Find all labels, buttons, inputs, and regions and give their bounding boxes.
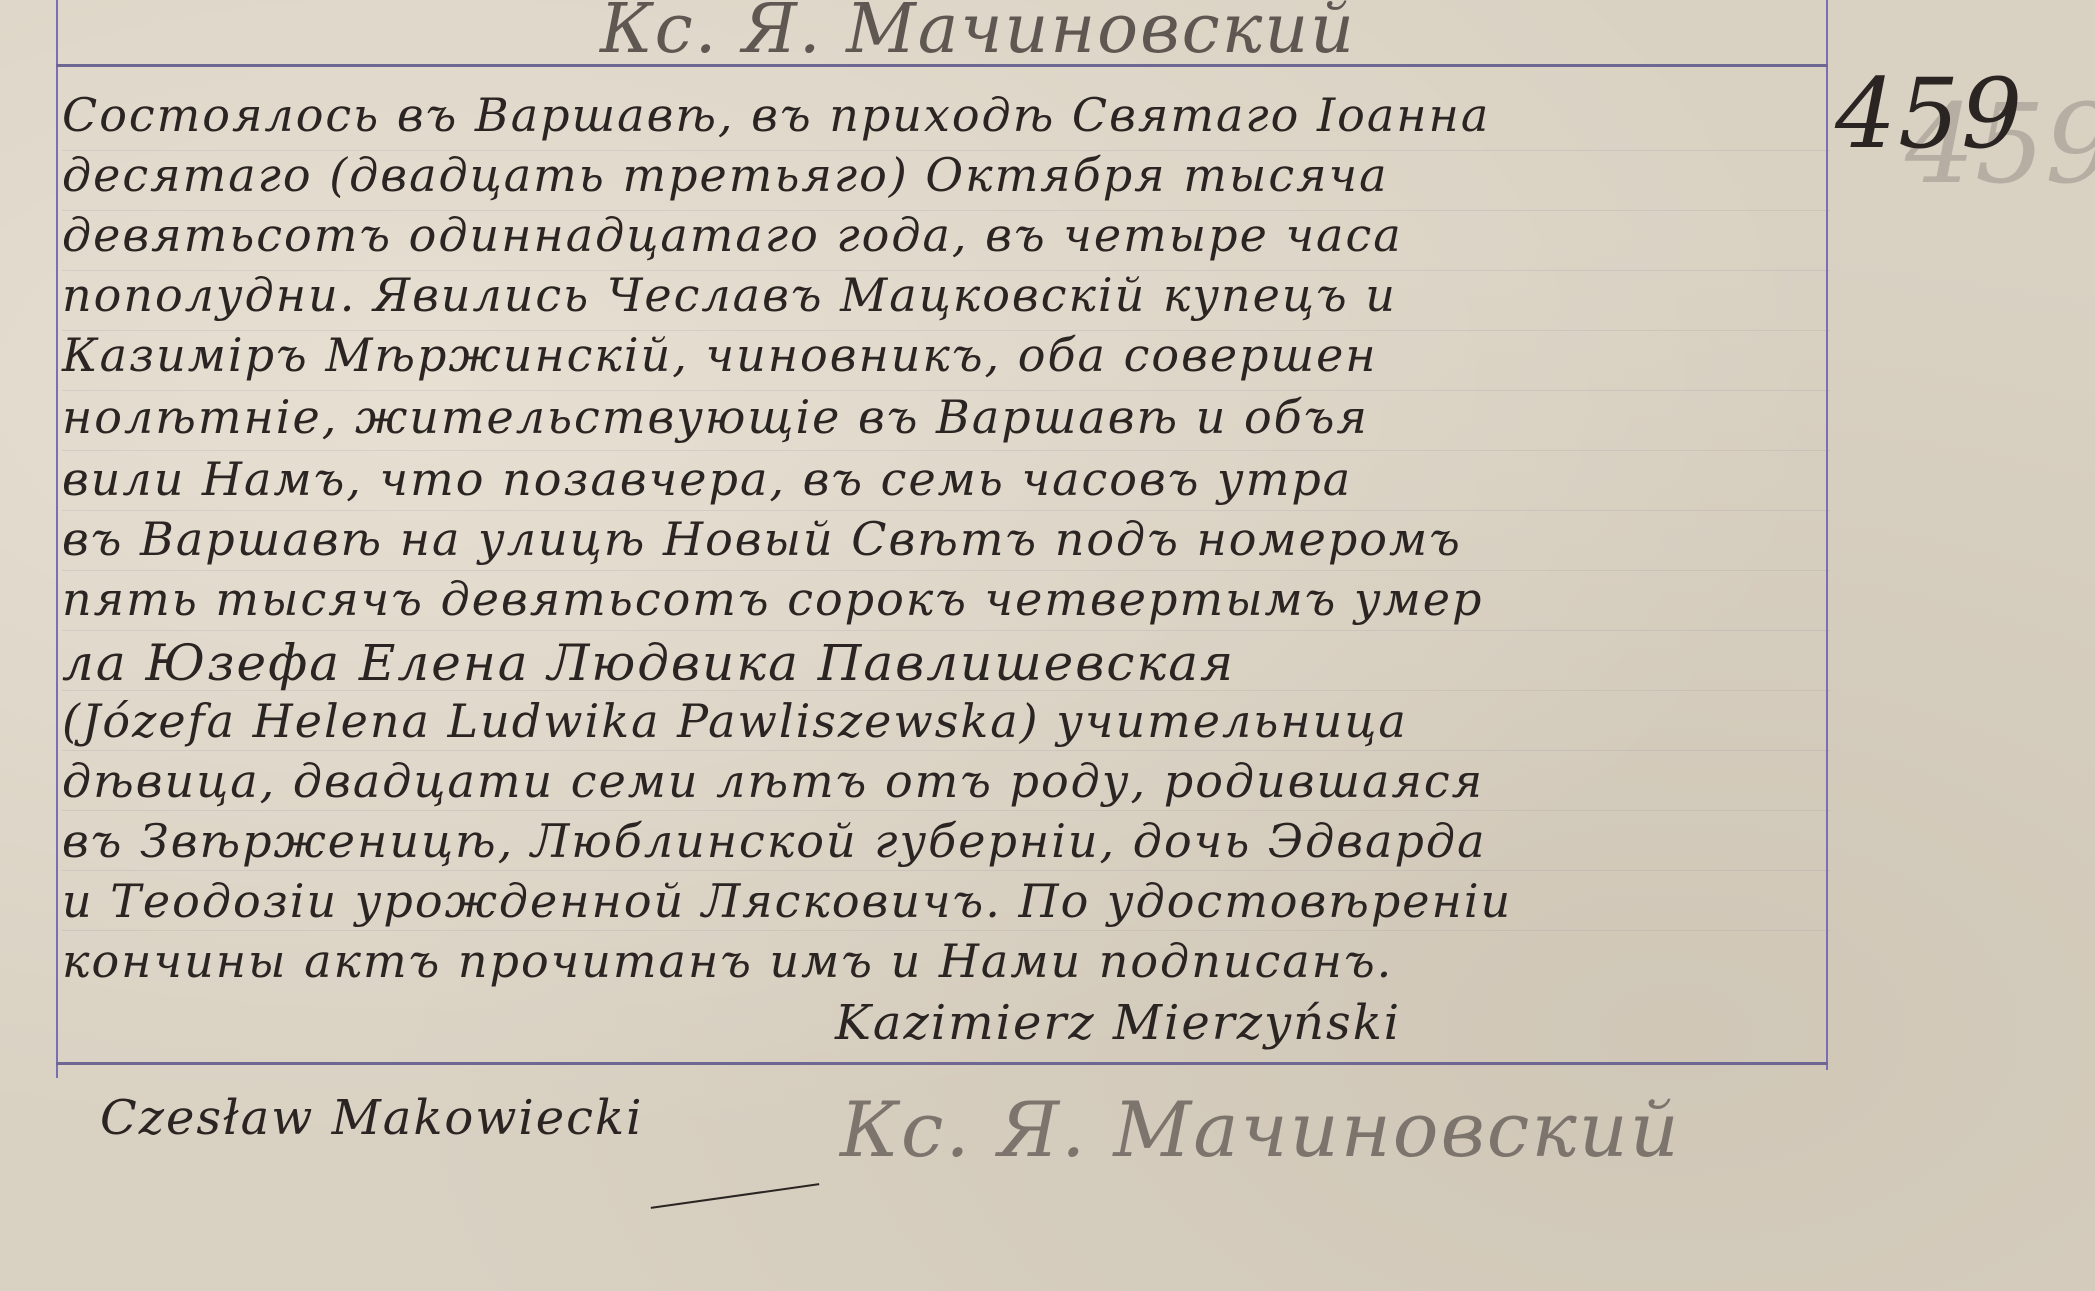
ruled-line <box>62 870 1830 871</box>
body-line: пополудни. Явились Чеславъ Мацковскій ку… <box>62 268 1397 322</box>
ruled-line <box>62 510 1830 511</box>
ruled-line <box>62 930 1830 931</box>
signature-kazimierz: Kazimierz Mierzyński <box>835 995 1401 1051</box>
bottom-rule <box>56 1062 1828 1065</box>
signature-flourish <box>651 1183 820 1209</box>
body-line: дѣвица, двадцати семи лѣтъ отъ роду, род… <box>62 754 1484 808</box>
body-line: Казиміръ Мѣржинскій, чиновникъ, оба сове… <box>62 328 1378 382</box>
left-margin-rule <box>56 0 58 1078</box>
registry-page: Кс. Я. Мачиновский 459 459 Состоялось въ… <box>0 0 2095 1291</box>
signature-czeslaw: Czesław Makowiecki <box>100 1090 644 1146</box>
body-line: вили Намъ, что позавчера, въ семь часовъ… <box>62 452 1352 506</box>
body-line: въ Варшавѣ на улицѣ Новый Свѣтъ подъ ном… <box>62 512 1462 566</box>
ruled-line <box>62 450 1830 451</box>
body-line: нолѣтніе, жительствующіе въ Варшавѣ и об… <box>62 390 1369 444</box>
body-line: девятьсотъ одиннадцатаго года, въ четыре… <box>62 208 1403 262</box>
ruled-line <box>62 750 1830 751</box>
right-margin-rule <box>1826 0 1828 1070</box>
body-line: въ Звѣрженицѣ, Люблинской губерніи, дочь… <box>62 814 1487 868</box>
body-line: и Теодозіи урожденной Лясковичъ. По удос… <box>62 874 1512 928</box>
body-line: (Józefa Helena Ludwika Pawliszewska) учи… <box>62 694 1408 748</box>
body-line: пять тысячъ девятьсотъ сорокъ четвертымъ… <box>62 572 1483 626</box>
record-number: 459 <box>1835 58 2024 170</box>
body-line: Состоялось въ Варшавѣ, въ приходѣ Святаг… <box>62 88 1490 142</box>
body-line: кончины актъ прочитанъ имъ и Нами подпис… <box>62 934 1393 988</box>
header-signature: Кс. Я. Мачиновский <box>600 0 1356 69</box>
ruled-line <box>62 810 1830 811</box>
ruled-line <box>62 630 1830 631</box>
body-line: десятаго (двадцать третьяго) Октября тыс… <box>62 148 1389 202</box>
body-line: ла Юзефа Елена Людвика Павлишевская <box>62 634 1235 692</box>
ruled-line <box>62 570 1830 571</box>
official-signature: Кс. Я. Мачиновский <box>840 1085 1681 1174</box>
